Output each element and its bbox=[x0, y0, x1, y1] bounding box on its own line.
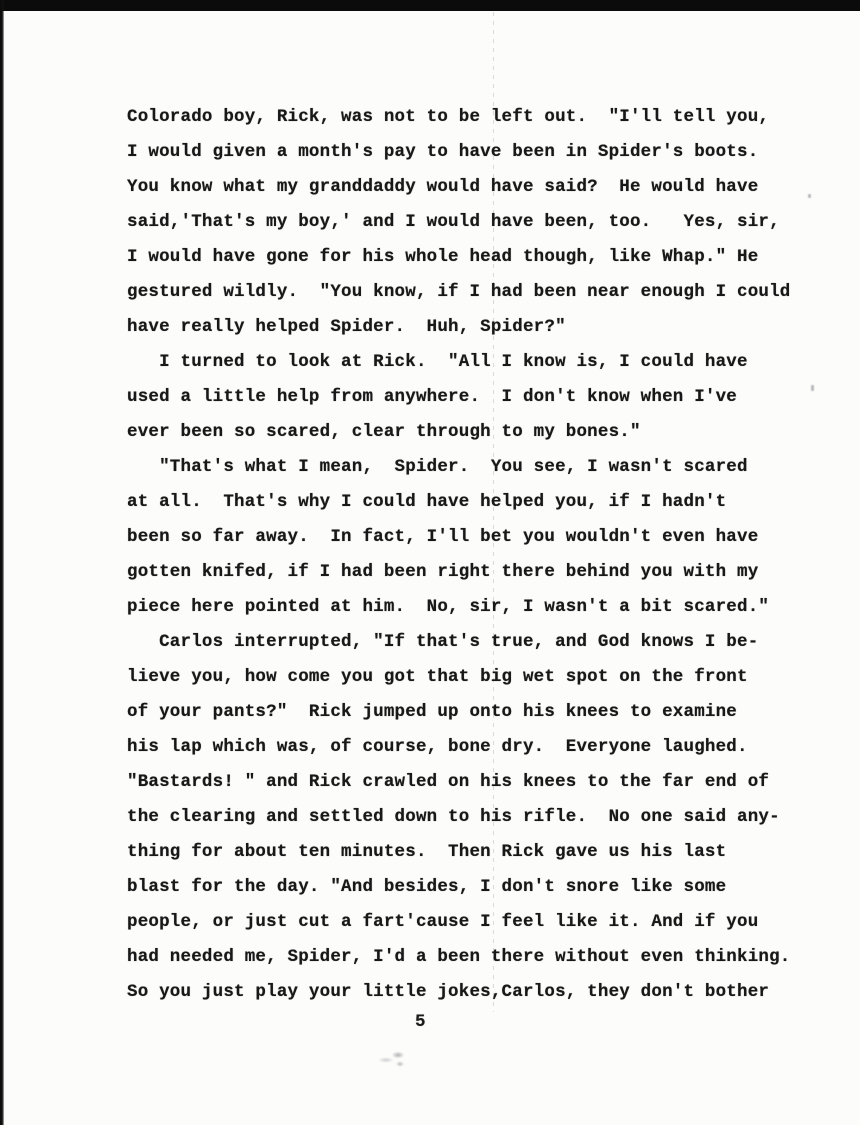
text-line: I would have gone for his whole head tho… bbox=[127, 240, 807, 275]
scan-border-top bbox=[0, 0, 860, 11]
text-line: I turned to look at Rick. "All I know is… bbox=[127, 345, 807, 380]
text-line: You know what my granddaddy would have s… bbox=[127, 170, 807, 205]
text-line: the clearing and settled down to his rif… bbox=[127, 800, 807, 835]
text-line: piece here pointed at him. No, sir, I wa… bbox=[127, 590, 807, 625]
text-line: had needed me, Spider, I'd a been there … bbox=[127, 940, 807, 975]
text-line: Carlos interrupted, "If that's true, and… bbox=[127, 625, 807, 660]
text-line: of your pants?" Rick jumped up onto his … bbox=[127, 695, 807, 730]
text-line: have really helped Spider. Huh, Spider?" bbox=[127, 310, 807, 345]
scan-speck bbox=[808, 194, 811, 198]
scan-speck bbox=[811, 385, 814, 391]
document-page: Colorado boy, Rick, was not to be left o… bbox=[0, 0, 860, 1125]
ink-smudge bbox=[376, 1048, 408, 1070]
scan-border-left bbox=[0, 0, 4, 1125]
text-line: "Bastards! " and Rick crawled on his kne… bbox=[127, 765, 807, 800]
text-line: gotten knifed, if I had been right there… bbox=[127, 555, 807, 590]
text-line: lieve you, how come you got that big wet… bbox=[127, 660, 807, 695]
text-line: So you just play your little jokes,Carlo… bbox=[127, 975, 807, 1010]
text-line: blast for the day. "And besides, I don't… bbox=[127, 870, 807, 905]
page-number: 5 bbox=[415, 1007, 426, 1037]
text-line: I would given a month's pay to have been… bbox=[127, 135, 807, 170]
text-line: thing for about ten minutes. Then Rick g… bbox=[127, 835, 807, 870]
text-line: at all. That's why I could have helped y… bbox=[127, 485, 807, 520]
text-line: gestured wildly. "You know, if I had bee… bbox=[127, 275, 807, 310]
text-line: "That's what I mean, Spider. You see, I … bbox=[127, 450, 807, 485]
typewritten-text-block: Colorado boy, Rick, was not to be left o… bbox=[127, 100, 807, 1010]
text-line: said,'That's my boy,' and I would have b… bbox=[127, 205, 807, 240]
text-line: his lap which was, of course, bone dry. … bbox=[127, 730, 807, 765]
text-line: people, or just cut a fart'cause I feel … bbox=[127, 905, 807, 940]
text-line: been so far away. In fact, I'll bet you … bbox=[127, 520, 807, 555]
text-line: ever been so scared, clear through to my… bbox=[127, 415, 807, 450]
text-line: used a little help from anywhere. I don'… bbox=[127, 380, 807, 415]
text-line: Colorado boy, Rick, was not to be left o… bbox=[127, 100, 807, 135]
